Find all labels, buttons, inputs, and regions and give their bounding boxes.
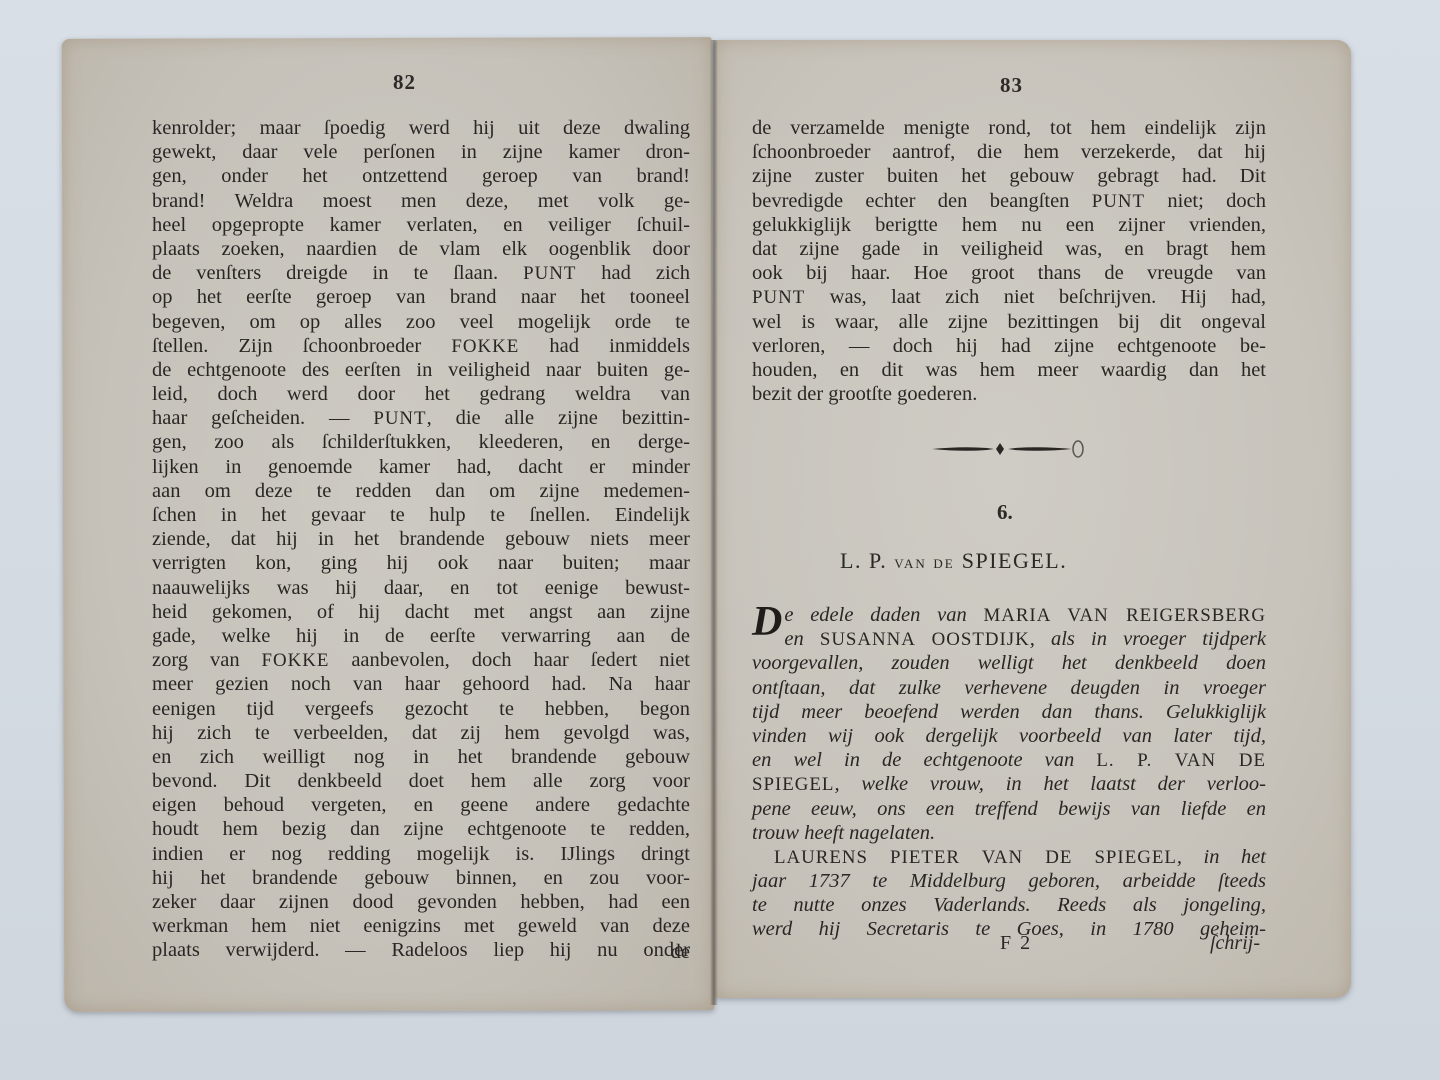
- text-run: eigen behoud vergeten, en geene andere g…: [152, 794, 690, 816]
- text-run: zijne zuster buiten het gebouw gebragt h…: [752, 165, 1266, 187]
- text-run: de echtgenoote des eerſten in veiligheid…: [152, 359, 690, 381]
- section-text-line: en SUSANNA OOSTDIJK, als in vroeger tijd…: [752, 628, 1266, 652]
- right-text-line: de verzamelde menigte rond, tot hem eind…: [752, 117, 1266, 141]
- section-text-line: vinden wij ook dergelijk voorbeeld van l…: [752, 725, 1266, 749]
- text-run: ziende, dat hij in het brandende gebouw …: [152, 528, 690, 550]
- text-run: aanbevolen, doch haar ſedert niet: [329, 649, 690, 671]
- right-page-body-text: de verzamelde menigte rond, tot hem eind…: [752, 117, 1266, 407]
- text-run: ſtellen. Zijn ſchoonbroeder: [152, 335, 451, 357]
- text-run: pene eeuw, ons een treffend bewijs van l…: [752, 798, 1266, 820]
- section-text-line: De edele daden van MARIA VAN REIGERSBERG: [752, 604, 1266, 628]
- text-run: jaar 1737 te Middelburg geboren, arbeidd…: [752, 870, 1266, 892]
- text-run: bevredigde echter den beangſten: [752, 190, 1092, 212]
- left-text-line: de echtgenoote des eerſten in veiligheid…: [152, 358, 690, 382]
- right-page-catchword: ſchrij-: [1210, 932, 1260, 955]
- text-run: , die alle zijne bezittin-: [427, 407, 690, 429]
- text-run: verrigten kon, ging hij ook naar buiten;…: [152, 552, 690, 574]
- text-run: en: [784, 628, 819, 650]
- text-run: houdt hem bezig dan zijne echtgenoote te…: [152, 818, 690, 840]
- text-run: houden, en dit was hem meer waardig dan …: [752, 359, 1266, 381]
- text-run: , in het: [1177, 846, 1266, 868]
- left-text-line: gen, onder het ontzettend geroep van bra…: [152, 164, 690, 188]
- left-text-line: kenrolder; maar ſpoedig werd hij uit dez…: [152, 116, 690, 140]
- right-text-line: ook bij haar. Hoe groot thans de vreugde…: [752, 262, 1266, 286]
- text-run: hij het brandende gebouw binnen, en zou …: [152, 867, 690, 889]
- text-run: leid, doch werd door het gedrang weldra …: [152, 383, 690, 405]
- right-text-line: bevredigde echter den beangſten PUNT nie…: [752, 190, 1266, 214]
- left-text-line: de venſters dreigde in te ſlaan. PUNT ha…: [152, 261, 690, 285]
- left-text-line: eenigen tijd vergeefs gezocht te hebben,…: [152, 697, 690, 721]
- left-text-line: heel opgepropte kamer verlaten, en veili…: [152, 213, 690, 237]
- text-run: op het eerſte geroep van brand naar het …: [152, 286, 690, 308]
- text-run: e edele daden van: [784, 604, 983, 626]
- left-text-line: werkman hem niet eenigzins met geweld va…: [152, 914, 690, 938]
- right-text-line: wel is waar, alle zijne bezittingen bij …: [752, 311, 1266, 335]
- section-text-line: trouw heeft nagelaten.: [752, 822, 1266, 846]
- small-caps-name: PUNT: [523, 263, 576, 284]
- section-text-line: LAURENS PIETER VAN DE SPIEGEL, in het: [752, 846, 1266, 870]
- section-text-line: en wel in de echtgenoote van L. P. VAN D…: [752, 749, 1266, 773]
- text-run: gelukkiglijk berigtte hem nu een zijner …: [752, 214, 1266, 236]
- text-run: bezit der grootſte goederen.: [752, 383, 977, 405]
- text-run: te nutte onzes Vaderlands. Reeds als jon…: [752, 894, 1266, 916]
- right-text-line: bezit der grootſte goederen.: [752, 383, 1266, 407]
- small-caps-name: FOKKE: [262, 650, 330, 671]
- text-run: bevond. Dit denkbeeld doet hem alle zorg…: [152, 770, 690, 792]
- text-run: verloren, — doch hij had zijne echtgenoo…: [752, 335, 1266, 357]
- left-text-line: plaats zoeken, naardien de vlam elk ooge…: [152, 237, 690, 261]
- left-page-body-text: kenrolder; maar ſpoedig werd hij uit dez…: [152, 116, 690, 963]
- left-text-line: hij zich te verbeelden, dat zij hem gevo…: [152, 721, 690, 745]
- left-page-catchword: de: [640, 940, 690, 964]
- left-text-line: haar geſcheiden. — PUNT, die alle zijne …: [152, 406, 690, 430]
- text-run: ſchen in het gevaar te hulp te ſnellen. …: [152, 504, 690, 526]
- book-gutter: [710, 40, 718, 1005]
- section-text-line: ontſtaan, dat zulke verhevene deugden in…: [752, 677, 1266, 701]
- small-caps-name: PUNT: [1092, 191, 1145, 212]
- text-run: dat zijne gade in veiligheid was, en bra…: [752, 238, 1266, 260]
- left-page-number: 82: [393, 70, 416, 95]
- text-run: en wel in de echtgenoote van: [752, 749, 1096, 771]
- left-text-line: leid, doch werd door het gedrang weldra …: [152, 382, 690, 406]
- text-run: tijd meer beoefend werden dan thans. Gel…: [752, 701, 1266, 723]
- text-run: zeker daar zijnen dood gevonden hebben, …: [152, 891, 690, 913]
- text-run: , welke vrouw, in het laatst der verloo-: [834, 773, 1266, 795]
- left-text-line: begeven, om op alles zoo veel mogelijk o…: [152, 310, 690, 334]
- right-text-line: verloren, — doch hij had zijne echtgenoo…: [752, 335, 1266, 359]
- text-run: voorgevallen, zouden welligt het denkbee…: [752, 652, 1266, 674]
- signature-mark: F 2: [1000, 932, 1032, 955]
- section-title-initials: L. P.: [840, 548, 887, 573]
- text-run: begeven, om op alles zoo veel mogelijk o…: [152, 311, 690, 333]
- left-text-line: zorg van FOKKE aanbevolen, doch haar ſed…: [152, 648, 690, 672]
- section-text-line: voorgevallen, zouden welligt het denkbee…: [752, 652, 1266, 676]
- left-text-line: ziende, dat hij in het brandende gebouw …: [152, 527, 690, 551]
- small-caps-name: L. P. VAN DE: [1096, 750, 1266, 771]
- text-run: en zich weilligt nog in het brandende ge…: [152, 746, 690, 768]
- text-run: lijken in genoemde kamer had, dacht er m…: [152, 456, 690, 478]
- text-run: wel is waar, alle zijne bezittingen bij …: [752, 311, 1266, 333]
- left-text-line: ſchen in het gevaar te hulp te ſnellen. …: [152, 503, 690, 527]
- tailpiece-ornament-icon: [932, 438, 1087, 460]
- right-text-line: gelukkiglijk berigtte hem nu een zijner …: [752, 214, 1266, 238]
- left-text-line: brand! Weldra moest men deze, met volk g…: [152, 189, 690, 213]
- left-text-line: en zich weilligt nog in het brandende ge…: [152, 745, 690, 769]
- text-run: hij zich te verbeelden, dat zij hem gevo…: [152, 722, 690, 744]
- small-caps-name: PUNT: [752, 287, 805, 308]
- left-text-line: houdt hem bezig dan zijne echtgenoote te…: [152, 817, 690, 841]
- left-text-line: indien er nog redding mogelijk is. IJlin…: [152, 842, 690, 866]
- left-text-line: aan om deze te redden dan om zijne medem…: [152, 479, 690, 503]
- section-text-line: pene eeuw, ons een treffend bewijs van l…: [752, 798, 1266, 822]
- section-body-text: De edele daden van MARIA VAN REIGERSBERG…: [752, 604, 1266, 943]
- text-run: zorg van: [152, 649, 262, 671]
- text-run: ſchoonbroeder aantrof, die hem verzekerd…: [752, 141, 1266, 163]
- left-text-line: bevond. Dit denkbeeld doet hem alle zorg…: [152, 769, 690, 793]
- text-run: de verzamelde menigte rond, tot hem eind…: [752, 117, 1266, 139]
- text-run: aan om deze te redden dan om zijne medem…: [152, 480, 690, 502]
- section-text-line: tijd meer beoefend werden dan thans. Gel…: [752, 701, 1266, 725]
- text-run: kenrolder; maar ſpoedig werd hij uit dez…: [152, 117, 690, 139]
- small-caps-name: LAURENS PIETER VAN DE SPIEGEL: [774, 847, 1177, 868]
- left-text-line: zeker daar zijnen dood gevonden hebben, …: [152, 890, 690, 914]
- right-text-line: PUNT was, laat zich niet beſchrijven. Hi…: [752, 286, 1266, 310]
- text-run: gade, welke hij in de eerſte verwarring …: [152, 625, 690, 647]
- text-run: ontſtaan, dat zulke verhevene deugden in…: [752, 677, 1266, 699]
- text-run: indien er nog redding mogelijk is. IJlin…: [152, 843, 690, 865]
- left-text-line: hij het brandende gebouw binnen, en zou …: [152, 866, 690, 890]
- left-text-line: heid gekomen, of hij dacht met angst aan…: [152, 600, 690, 624]
- text-run: heid gekomen, of hij dacht met angst aan…: [152, 601, 690, 623]
- right-text-line: houden, en dit was hem meer waardig dan …: [752, 359, 1266, 383]
- left-text-line: plaats verwijderd. — Radeloos liep hij n…: [152, 938, 690, 962]
- left-text-line: naauwelijks was hij daar, en tot eenige …: [152, 576, 690, 600]
- left-text-line: meer gezien noch van haar gehoord had. N…: [152, 672, 690, 696]
- section-title-middle: van de: [894, 552, 955, 573]
- text-run: had zich: [576, 262, 690, 284]
- text-run: gen, zoo als ſchilderſtukken, kleederen,…: [152, 431, 690, 453]
- text-run: plaats verwijderd. — Radeloos liep hij n…: [152, 939, 690, 961]
- text-run: was, laat zich niet beſchrijven. Hij had…: [805, 286, 1266, 308]
- text-run: gen, onder het ontzettend geroep van bra…: [152, 165, 690, 187]
- right-text-line: ſchoonbroeder aantrof, die hem verzekerd…: [752, 141, 1266, 165]
- text-run: vinden wij ook dergelijk voorbeeld van l…: [752, 725, 1266, 747]
- small-caps-name: SPIEGEL: [752, 774, 834, 795]
- section-title: L. P. van de SPIEGEL.: [840, 548, 1180, 574]
- text-run: had inmiddels: [519, 335, 690, 357]
- small-caps-name: SUSANNA OOSTDIJK: [820, 629, 1030, 650]
- text-run: ook bij haar. Hoe groot thans de vreugde…: [752, 262, 1266, 284]
- left-text-line: gewekt, daar vele perſonen in zijne kame…: [152, 140, 690, 164]
- section-title-surname: SPIEGEL.: [962, 548, 1068, 573]
- small-caps-name: MARIA VAN REIGERSBERG: [983, 605, 1266, 626]
- text-run: , als in vroeger tijdperk: [1030, 628, 1266, 650]
- text-run: plaats zoeken, naardien de vlam elk ooge…: [152, 238, 690, 260]
- text-run: de venſters dreigde in te ſlaan.: [152, 262, 523, 284]
- right-page-number: 83: [1000, 73, 1023, 98]
- left-text-line: gade, welke hij in de eerſte verwarring …: [152, 624, 690, 648]
- left-text-line: op het eerſte geroep van brand naar het …: [152, 285, 690, 309]
- left-text-line: ſtellen. Zijn ſchoonbroeder FOKKE had in…: [152, 334, 690, 358]
- text-run: gewekt, daar vele perſonen in zijne kame…: [152, 141, 690, 163]
- text-run: meer gezien noch van haar gehoord had. N…: [152, 673, 690, 695]
- text-run: heel opgepropte kamer verlaten, en veili…: [152, 214, 690, 236]
- left-text-line: lijken in genoemde kamer had, dacht er m…: [152, 455, 690, 479]
- left-text-line: gen, zoo als ſchilderſtukken, kleederen,…: [152, 430, 690, 454]
- text-run: niet; doch: [1145, 190, 1266, 212]
- right-text-line: zijne zuster buiten het gebouw gebragt h…: [752, 165, 1266, 189]
- section-number: 6.: [997, 500, 1013, 525]
- left-text-line: verrigten kon, ging hij ook naar buiten;…: [152, 551, 690, 575]
- text-run: brand! Weldra moest men deze, met volk g…: [152, 190, 690, 212]
- text-run: naauwelijks was hij daar, en tot eenige …: [152, 577, 690, 599]
- small-caps-name: PUNT: [373, 408, 426, 429]
- right-text-line: dat zijne gade in veiligheid was, en bra…: [752, 238, 1266, 262]
- drop-cap-initial: D: [752, 602, 782, 642]
- section-text-line: jaar 1737 te Middelburg geboren, arbeidd…: [752, 870, 1266, 894]
- text-run: werkman hem niet eenigzins met geweld va…: [152, 915, 690, 937]
- section-text-line: te nutte onzes Vaderlands. Reeds als jon…: [752, 894, 1266, 918]
- section-text-line: SPIEGEL, welke vrouw, in het laatst der …: [752, 773, 1266, 797]
- small-caps-name: FOKKE: [451, 336, 519, 357]
- text-run: eenigen tijd vergeefs gezocht te hebben,…: [152, 698, 690, 720]
- text-run: trouw heeft nagelaten.: [752, 822, 935, 844]
- left-text-line: eigen behoud vergeten, en geene andere g…: [152, 793, 690, 817]
- text-run: haar geſcheiden. —: [152, 407, 373, 429]
